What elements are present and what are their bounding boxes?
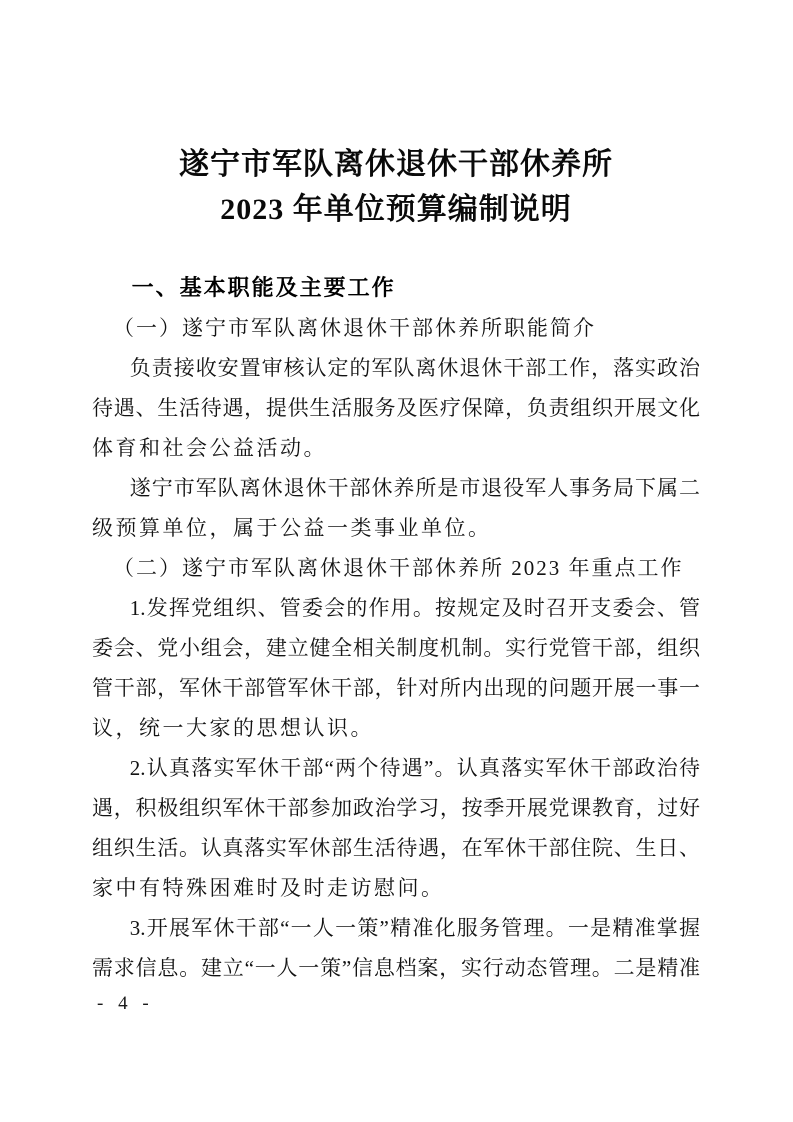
- paragraph-line: 家中有特殊困难时及时走访慰问。: [92, 868, 700, 908]
- paragraph-line: 需求信息。建立“一人一策”信息档案，实行动态管理。二是精准: [92, 948, 700, 988]
- section-heading: 一、基本职能及主要工作: [92, 268, 700, 308]
- paragraph-line: 1.发挥党组织、管委会的作用。按规定及时召开支委会、管: [92, 588, 700, 628]
- paragraph-line: 遂宁市军队离休退休干部休养所是市退役军人事务局下属二: [92, 468, 700, 508]
- paragraph-line: 管干部，军休干部管军休干部，针对所内出现的问题开展一事一: [92, 668, 700, 708]
- document-title-line-1: 遂宁市军队离休退休干部休养所: [92, 142, 700, 187]
- paragraph-line: 2.认真落实军休干部“两个待遇”。认真落实军休干部政治待: [92, 748, 700, 788]
- paragraph-line: 3.开展军休干部“一人一策”精准化服务管理。一是精准掌握: [92, 908, 700, 948]
- document-title: 遂宁市军队离休退休干部休养所 2023 年单位预算编制说明: [92, 142, 700, 232]
- paragraph-line: 体育和社会公益活动。: [92, 428, 700, 468]
- paragraph-line: 待遇、生活待遇，提供生活服务及医疗保障，负责组织开展文化: [92, 388, 700, 428]
- document-title-line-2: 2023 年单位预算编制说明: [92, 187, 700, 232]
- paragraph-line: 委会、党小组会，建立健全相关制度机制。实行党管干部，组织: [92, 628, 700, 668]
- paragraph-line: 议，统一大家的思想认识。: [92, 708, 700, 748]
- sub-section-heading: （二）遂宁市军队离休退休干部休养所 2023 年重点工作: [92, 548, 700, 588]
- paragraph-line: 级预算单位，属于公益一类事业单位。: [92, 508, 700, 548]
- paragraph-line: 负责接收安置审核认定的军队离休退休干部工作，落实政治: [92, 348, 700, 388]
- document-body: 一、基本职能及主要工作（一）遂宁市军队离休退休干部休养所职能简介负责接收安置审核…: [92, 268, 700, 988]
- page-number: - 4 -: [97, 993, 154, 1015]
- document-page: 遂宁市军队离休退休干部休养所 2023 年单位预算编制说明 一、基本职能及主要工…: [0, 0, 793, 1122]
- paragraph-line: 遇，积极组织军休干部参加政治学习，按季开展党课教育，过好: [92, 788, 700, 828]
- document-content: 遂宁市军队离休退休干部休养所 2023 年单位预算编制说明 一、基本职能及主要工…: [0, 0, 793, 988]
- paragraph-line: 组织生活。认真落实军休部生活待遇，在军休干部住院、生日、: [92, 828, 700, 868]
- sub-section-heading: （一）遂宁市军队离休退休干部休养所职能简介: [92, 308, 700, 348]
